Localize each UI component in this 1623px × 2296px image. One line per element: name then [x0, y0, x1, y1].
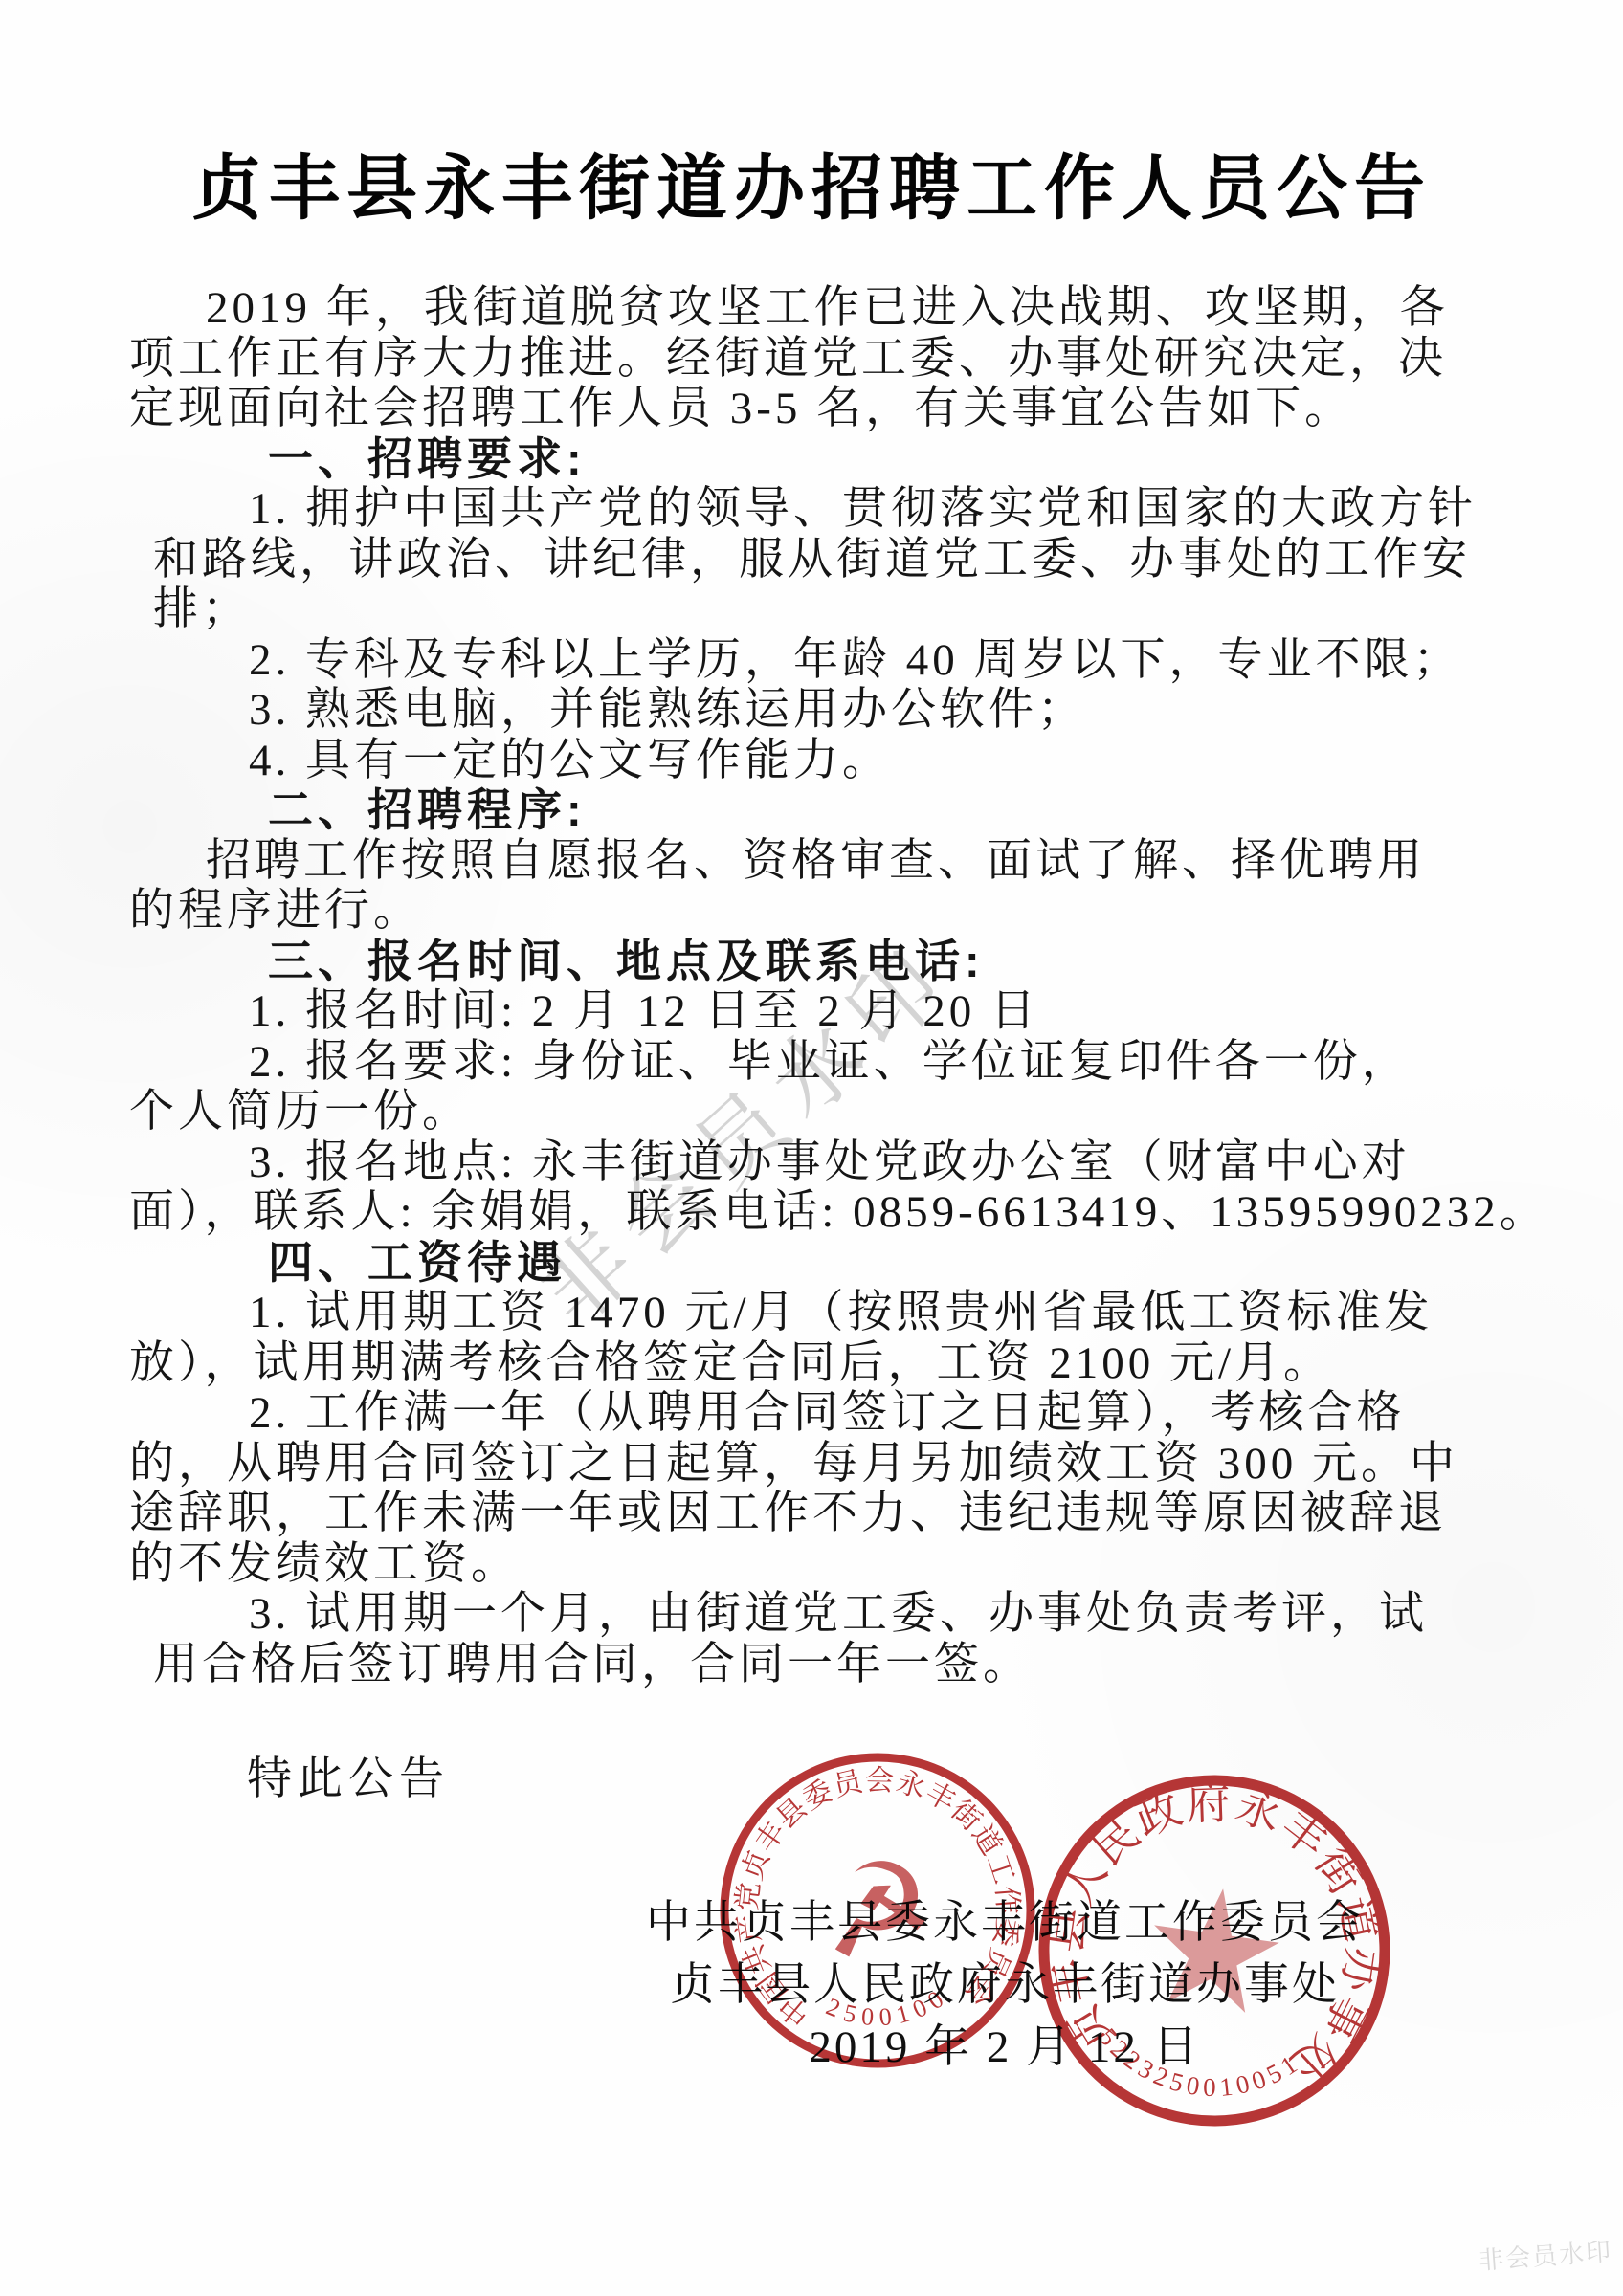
party-seal-code: 2500100: [820, 1980, 957, 2038]
section-heading-2: 二、招聘程序:: [129, 785, 1507, 836]
section-heading-4: 四、工资待遇: [129, 1238, 1507, 1289]
body-line: 1. 试用期工资 1470 元/月（按照贵州省最低工资标准发: [129, 1288, 1507, 1338]
body-line: 2. 专科及专科以上学历，年龄 40 周岁以下，专业不限；: [129, 635, 1507, 686]
body-line: 的不发绩效工资。: [129, 1539, 1507, 1590]
svg-text:2500100: 2500100: [820, 1980, 957, 2038]
body-line: 4. 具有一定的公文写作能力。: [129, 736, 1507, 786]
body-line: 招聘工作按照自愿报名、资格审查、面试了解、择优聘用: [129, 836, 1507, 887]
body-line: 3. 试用期一个月，由街道党工委、办事处负责考评，试: [129, 1589, 1507, 1640]
closing-phrase: 特此公告: [247, 1743, 450, 1807]
body-line: 1. 报名时间: 2 月 12 日至 2 月 20 日: [129, 986, 1507, 1037]
body-line: 排；: [129, 585, 1507, 635]
body-line: 放），试用期满考核合格签定合同后，工资 2100 元/月。: [129, 1338, 1507, 1389]
party-seal: 中国共产党贞丰县委员会永丰街道工作委员会 ☭ 2500100: [712, 1745, 1043, 2081]
body-line: 和路线，讲政治、讲纪律，服从街道党工委、办事处的工作安: [129, 535, 1507, 585]
body-line: 3. 报名地点: 永丰街道办事处党政办公室（财富中心对: [129, 1137, 1507, 1188]
body-line: 2. 工作满一年（从聘用合同签订之日起算），考核合格: [129, 1388, 1507, 1439]
star-icon: ★: [1128, 1852, 1300, 2053]
body-line: 2019 年，我街道脱贫攻坚工作已进入决战期、攻坚期，各: [129, 283, 1507, 334]
body-line: 3. 熟悉电脑，并能熟练运用办公软件；: [129, 685, 1507, 736]
body-line: 的，从聘用合同签订之日起算，每月另加绩效工资 300 元。中: [129, 1439, 1507, 1490]
hammer-sickle-icon: ☭: [814, 1835, 942, 1987]
body-line: 1. 拥护中国共产党的领导、贯彻落实党和国家的大政方针: [129, 484, 1507, 535]
section-heading-1: 一、招聘要求:: [129, 434, 1507, 485]
body-line: 途辞职，工作未满一年或因工作不力、违纪违规等原因被辞退: [129, 1489, 1507, 1539]
document-page: 非会员水印 贞丰县永丰街道办招聘工作人员公告 2019 年，我街道脱贫攻坚工作已…: [0, 0, 1623, 2296]
body-line: 定现面向社会招聘工作人员 3-5 名，有关事宜公告如下。: [129, 384, 1507, 434]
body-line: 面），联系人: 余娟娟，联系电话: 0859-6613419、135959902…: [129, 1187, 1507, 1238]
body-line: 2. 报名要求: 身份证、毕业证、学位证复印件各一份，: [129, 1037, 1507, 1088]
section-heading-3: 三、报名时间、地点及联系电话:: [129, 937, 1507, 987]
government-seal: 贞丰县人民政府永丰街道办事处 ★ 5223250010051: [1030, 1766, 1399, 2140]
body-line: 用合格后签订聘用合同，合同一年一签。: [129, 1640, 1507, 1690]
page-title: 贞丰县永丰街道办招聘工作人员公告: [0, 132, 1623, 233]
document-body: 2019 年，我街道脱贫攻坚工作已进入决战期、攻坚期，各 项工作正有序大力推进。…: [129, 283, 1507, 1689]
body-line: 的程序进行。: [129, 886, 1507, 937]
body-line: 项工作正有序大力推进。经街道党工委、办事处研究决定，决: [129, 334, 1507, 385]
body-line: 个人简历一份。: [129, 1087, 1507, 1137]
watermark-corner-text: 非会员水印: [1478, 2232, 1613, 2277]
